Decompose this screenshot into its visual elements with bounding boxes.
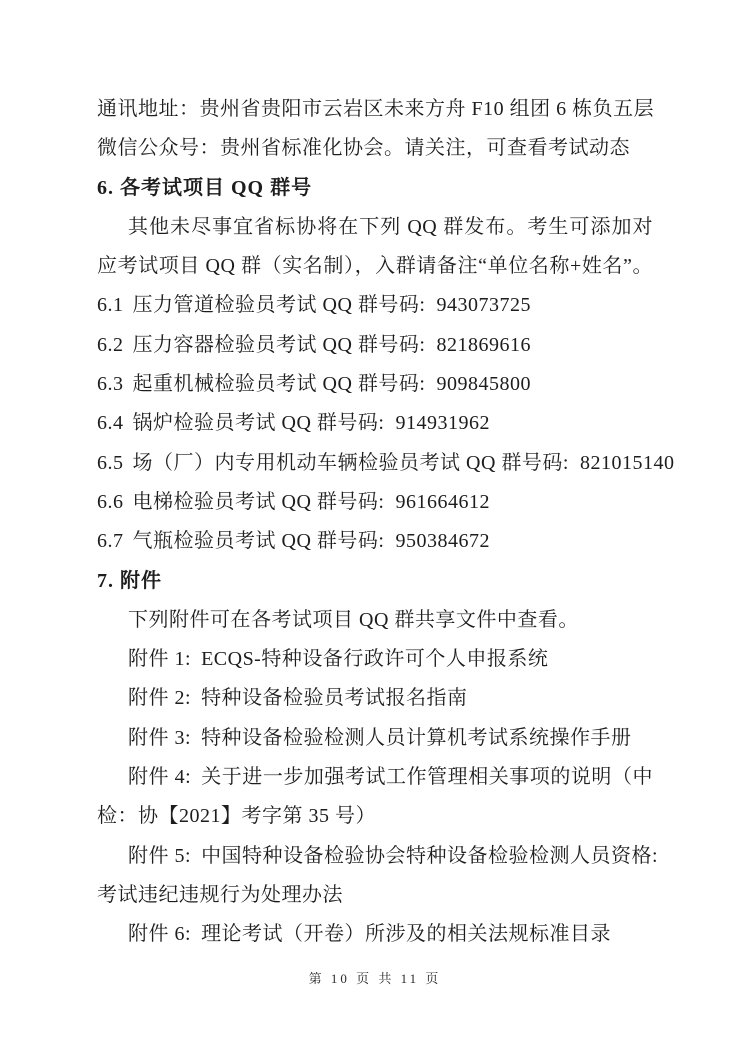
attachment-2: 附件 2:特种设备检验员考试报名指南 xyxy=(97,679,653,718)
qq-group-number: 961664612 xyxy=(395,491,490,513)
qq-group-number: 950384672 xyxy=(395,530,490,552)
qq-item-label: 电梯检验员考试 QQ 群号码: xyxy=(133,491,385,513)
qq-group-number: 821015140 xyxy=(580,452,675,474)
qq-item-6-7: 6.7气瓶检验员考试 QQ 群号码:950384672 xyxy=(97,522,653,561)
attachment-number: 附件 1: xyxy=(128,648,191,670)
contact-wechat-line: 微信公众号：贵州省标准化协会。请关注，可查看考试动态 xyxy=(97,129,653,168)
attachment-number: 附件 3: xyxy=(128,727,191,749)
qq-item-label: 锅炉检验员考试 QQ 群号码: xyxy=(133,412,385,434)
document-body: 通讯地址：贵州省贵阳市云岩区未来方舟 F10 组团 6 栋负五层 微信公众号：贵… xyxy=(97,90,653,955)
qq-item-label: 压力管道检验员考试 QQ 群号码: xyxy=(133,294,426,316)
qq-item-label: 场（厂）内专用机动车辆检验员考试 QQ 群号码: xyxy=(133,452,569,474)
attachment-title: ECQS-特种设备行政许可个人申报系统 xyxy=(201,648,548,670)
section6-heading: 6. 各考试项目 QQ 群号 xyxy=(97,169,653,208)
qq-item-6-2: 6.2压力容器检验员考试 QQ 群号码:821869616 xyxy=(97,326,653,365)
attachment-5-line1: 附件 5:中国特种设备检验协会特种设备检验检测人员资格: xyxy=(97,837,653,876)
qq-item-number: 6.1 xyxy=(97,294,124,316)
attachment-title: 中国特种设备检验协会特种设备检验检测人员资格: xyxy=(201,845,658,867)
qq-group-number: 909845800 xyxy=(436,373,531,395)
qq-item-number: 6.2 xyxy=(97,334,124,356)
qq-group-number: 821869616 xyxy=(436,334,531,356)
attachment-1: 附件 1:ECQS-特种设备行政许可个人申报系统 xyxy=(97,640,653,679)
qq-group-number: 943073725 xyxy=(436,294,531,316)
qq-item-label: 起重机械检验员考试 QQ 群号码: xyxy=(133,373,426,395)
qq-item-number: 6.4 xyxy=(97,412,124,434)
attachment-4-line1: 附件 4:关于进一步加强考试工作管理相关事项的说明（中 xyxy=(97,758,653,797)
section6-intro-line1: 其他未尽事宜省标协将在下列 QQ 群发布。考生可添加对 xyxy=(97,208,653,247)
attachment-4-line2: 检：协【2021】考字第 35 号） xyxy=(97,797,653,836)
qq-item-number: 6.3 xyxy=(97,373,124,395)
attachment-title: 理论考试（开卷）所涉及的相关法规标准目录 xyxy=(201,923,611,945)
section7-heading: 7. 附件 xyxy=(97,562,653,601)
section6-intro-line2: 应考试项目 QQ 群（实名制），入群请备注“单位名称+姓名”。 xyxy=(97,247,653,286)
section7-intro: 下列附件可在各考试项目 QQ 群共享文件中查看。 xyxy=(97,601,653,640)
qq-item-6-1: 6.1压力管道检验员考试 QQ 群号码:943073725 xyxy=(97,286,653,325)
attachment-title: 特种设备检验检测人员计算机考试系统操作手册 xyxy=(201,727,632,749)
attachment-number: 附件 6: xyxy=(128,923,191,945)
attachment-number: 附件 5: xyxy=(128,845,191,867)
qq-group-number: 914931962 xyxy=(395,412,490,434)
qq-item-6-6: 6.6电梯检验员考试 QQ 群号码:961664612 xyxy=(97,483,653,522)
qq-item-label: 气瓶检验员考试 QQ 群号码: xyxy=(133,530,385,552)
attachment-5-line2: 考试违纪违规行为处理办法 xyxy=(97,876,653,915)
qq-item-number: 6.7 xyxy=(97,530,124,552)
attachment-number: 附件 2: xyxy=(128,687,191,709)
attachment-title: 关于进一步加强考试工作管理相关事项的说明（中 xyxy=(201,766,653,788)
qq-item-label: 压力容器检验员考试 QQ 群号码: xyxy=(133,334,426,356)
qq-item-number: 6.6 xyxy=(97,491,124,513)
qq-item-number: 6.5 xyxy=(97,452,124,474)
attachment-6: 附件 6:理论考试（开卷）所涉及的相关法规标准目录 xyxy=(97,915,653,954)
attachment-title: 特种设备检验员考试报名指南 xyxy=(201,687,468,709)
page-footer: 第 10 页 共 11 页 xyxy=(0,970,750,988)
qq-item-6-4: 6.4锅炉检验员考试 QQ 群号码:914931962 xyxy=(97,404,653,443)
attachment-number: 附件 4: xyxy=(128,766,191,788)
qq-item-6-3: 6.3起重机械检验员考试 QQ 群号码:909845800 xyxy=(97,365,653,404)
contact-address-line: 通讯地址：贵州省贵阳市云岩区未来方舟 F10 组团 6 栋负五层 xyxy=(97,90,653,129)
document-page: 通讯地址：贵州省贵阳市云岩区未来方舟 F10 组团 6 栋负五层 微信公众号：贵… xyxy=(0,0,750,1060)
attachment-3: 附件 3:特种设备检验检测人员计算机考试系统操作手册 xyxy=(97,719,653,758)
qq-item-6-5: 6.5场（厂）内专用机动车辆检验员考试 QQ 群号码:821015140 xyxy=(97,444,653,483)
